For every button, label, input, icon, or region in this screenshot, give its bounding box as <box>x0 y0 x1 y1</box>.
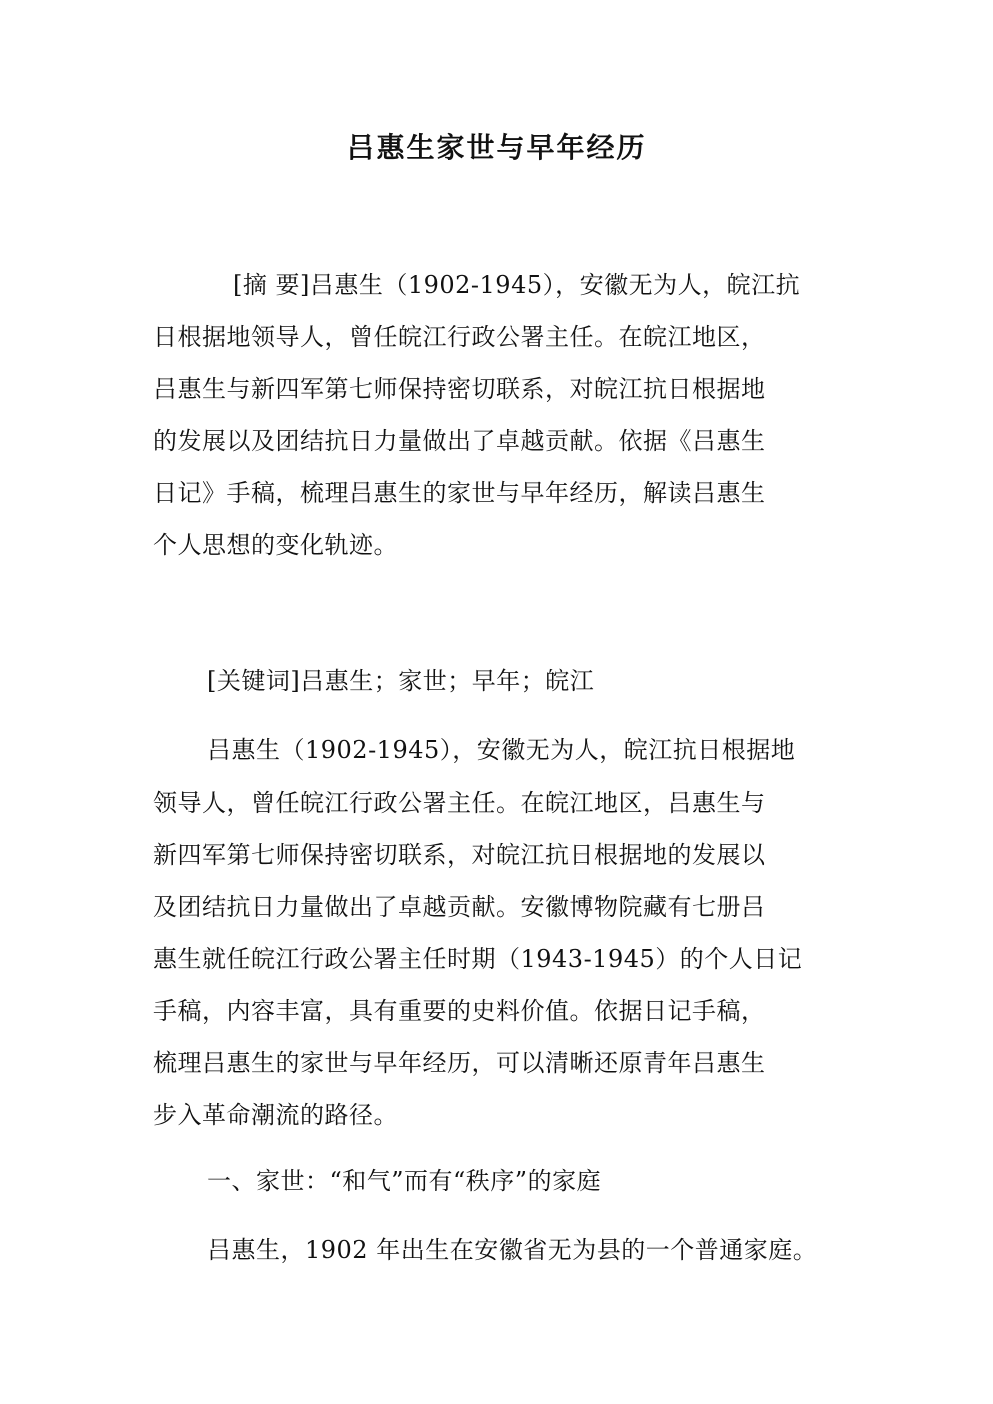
keywords-line: [关键词]吕惠生；家世；早年；皖江 <box>207 664 594 698</box>
paragraph-line: 新四军第七师保持密切联系，对皖江抗日根据地的发展以 <box>153 838 766 872</box>
paragraph-line: 惠生就任皖江行政公署主任时期（1943-1945）的个人日记 <box>153 942 802 976</box>
paragraph-line: 步入革命潮流的路径。 <box>153 1098 398 1132</box>
paragraph-line: 手稿，内容丰富，具有重要的史料价值。依据日记手稿， <box>153 994 766 1028</box>
abstract-line: [摘 要]吕惠生（1902-1945），安徽无为人，皖江抗 <box>233 268 800 302</box>
abstract-line: 个人思想的变化轨迹。 <box>153 528 398 562</box>
paragraph-line: 领导人，曾任皖江行政公署主任。在皖江地区，吕惠生与 <box>153 786 766 820</box>
document-page: 吕惠生家世与早年经历 [摘 要]吕惠生（1902-1945），安徽无为人，皖江抗… <box>0 0 993 1404</box>
paragraph-line: 吕惠生，1902 年出生在安徽省无为县的一个普通家庭。 <box>207 1233 817 1267</box>
abstract-line: 的发展以及团结抗日力量做出了卓越贡献。依据《吕惠生 <box>153 424 766 458</box>
abstract-line: 吕惠生与新四军第七师保持密切联系，对皖江抗日根据地 <box>153 372 766 406</box>
paragraph-line: 梳理吕惠生的家世与早年经历，可以清晰还原青年吕惠生 <box>153 1046 766 1080</box>
paragraph-line: 及团结抗日力量做出了卓越贡献。安徽博物院藏有七册吕 <box>153 890 766 924</box>
abstract-line: 日根据地领导人，曾任皖江行政公署主任。在皖江地区， <box>153 320 766 354</box>
document-title: 吕惠生家世与早年经历 <box>0 128 993 168</box>
section-heading: 一、家世：“和气”而有“秩序”的家庭 <box>207 1164 601 1198</box>
abstract-line: 日记》手稿，梳理吕惠生的家世与早年经历，解读吕惠生 <box>153 476 766 510</box>
paragraph-line: 吕惠生（1902-1945），安徽无为人，皖江抗日根据地 <box>207 733 795 767</box>
